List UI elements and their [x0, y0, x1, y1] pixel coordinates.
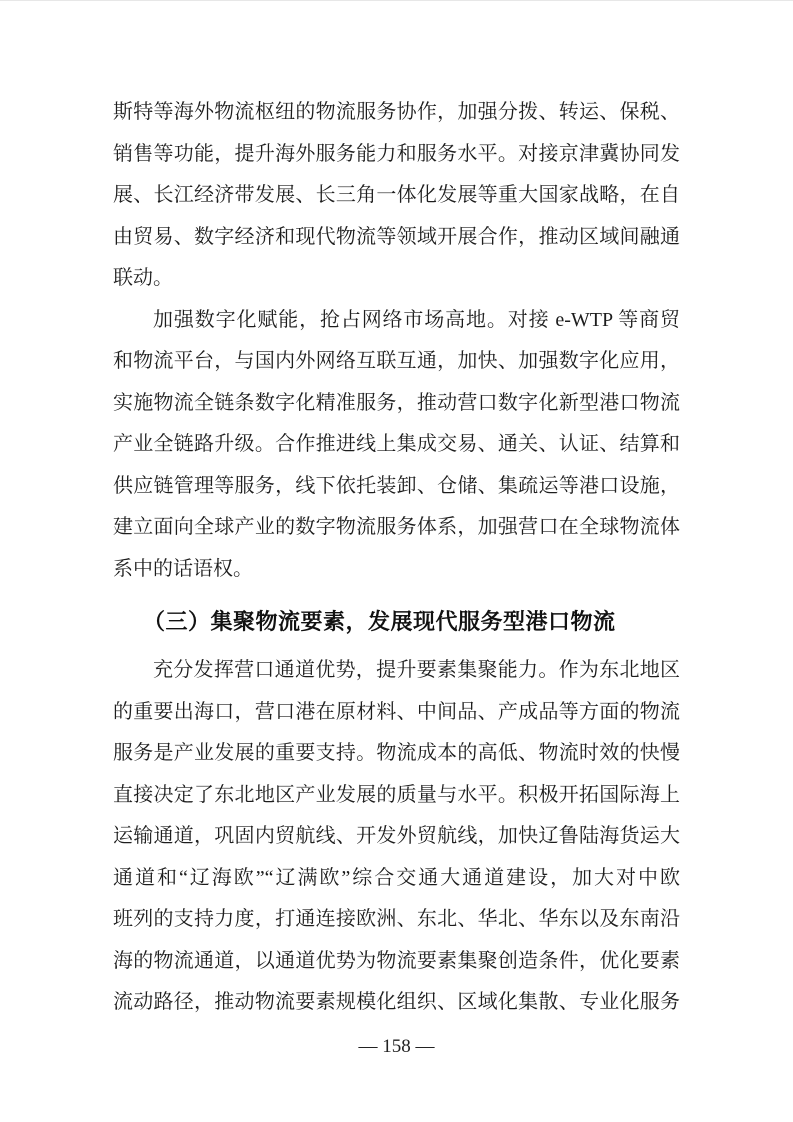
text-line: 销售等功能，提升海外服务能力和服务水平。对接京津冀协同发	[113, 134, 680, 176]
text-line: 供应链管理等服务，线下依托装卸、仓储、集疏运等港口设施，	[113, 466, 680, 508]
text-line: 服务是产业发展的重要支持。物流成本的高低、物流时效的快慢	[113, 733, 680, 775]
text-line: 展、长江经济带发展、长三角一体化发展等重大国家战略，在自	[113, 175, 680, 217]
section-heading: （三）集聚物流要素，发展现代服务型港口物流	[113, 601, 680, 643]
page-number: — 158 —	[359, 1036, 435, 1057]
text-line: 由贸易、数字经济和现代物流等领域开展合作，推动区域间融通	[113, 217, 680, 259]
text-line: 建立面向全球产业的数字物流服务体系，加强营口在全球物流体	[113, 507, 680, 549]
text-line: 运输通道，巩固内贸航线、开发外贸航线，加快辽鲁陆海货运大	[113, 816, 680, 858]
document-page: 斯特等海外物流枢纽的物流服务协作，加强分拨、转运、保税、销售等功能，提升海外服务…	[0, 0, 793, 1122]
document-body: 斯特等海外物流枢纽的物流服务协作，加强分拨、转运、保税、销售等功能，提升海外服务…	[113, 92, 680, 1024]
text-line: 系中的话语权。	[113, 549, 680, 591]
text-line: 充分发挥营口通道优势，提升要素集聚能力。作为东北地区	[113, 650, 680, 692]
text-line: 斯特等海外物流枢纽的物流服务协作，加强分拨、转运、保税、	[113, 92, 680, 134]
page-footer: — 158 —	[0, 1033, 793, 1061]
text-line: 流动路径，推动物流要素规模化组织、区域化集散、专业化服务	[113, 982, 680, 1024]
text-line: 通道和“辽海欧”“辽满欧”综合交通大通道建设，加大对中欧	[113, 858, 680, 900]
text-line: 和物流平台，与国内外网络互联互通，加快、加强数字化应用，	[113, 341, 680, 383]
text-line: 实施物流全链条数字化精准服务，推动营口数字化新型港口物流	[113, 383, 680, 425]
text-line: 加强数字化赋能，抢占网络市场高地。对接 e-WTP 等商贸	[113, 300, 680, 342]
text-line: 的重要出海口，营口港在原材料、中间品、产成品等方面的物流	[113, 692, 680, 734]
text-line: 班列的支持力度，打通连接欧洲、东北、华北、华东以及东南沿	[113, 899, 680, 941]
text-line: 海的物流通道，以通道优势为物流要素集聚创造条件，优化要素	[113, 941, 680, 983]
text-line: 联动。	[113, 258, 680, 300]
text-line: 产业全链路升级。合作推进线上集成交易、通关、认证、结算和	[113, 424, 680, 466]
text-line: 直接决定了东北地区产业发展的质量与水平。积极开拓国际海上	[113, 775, 680, 817]
